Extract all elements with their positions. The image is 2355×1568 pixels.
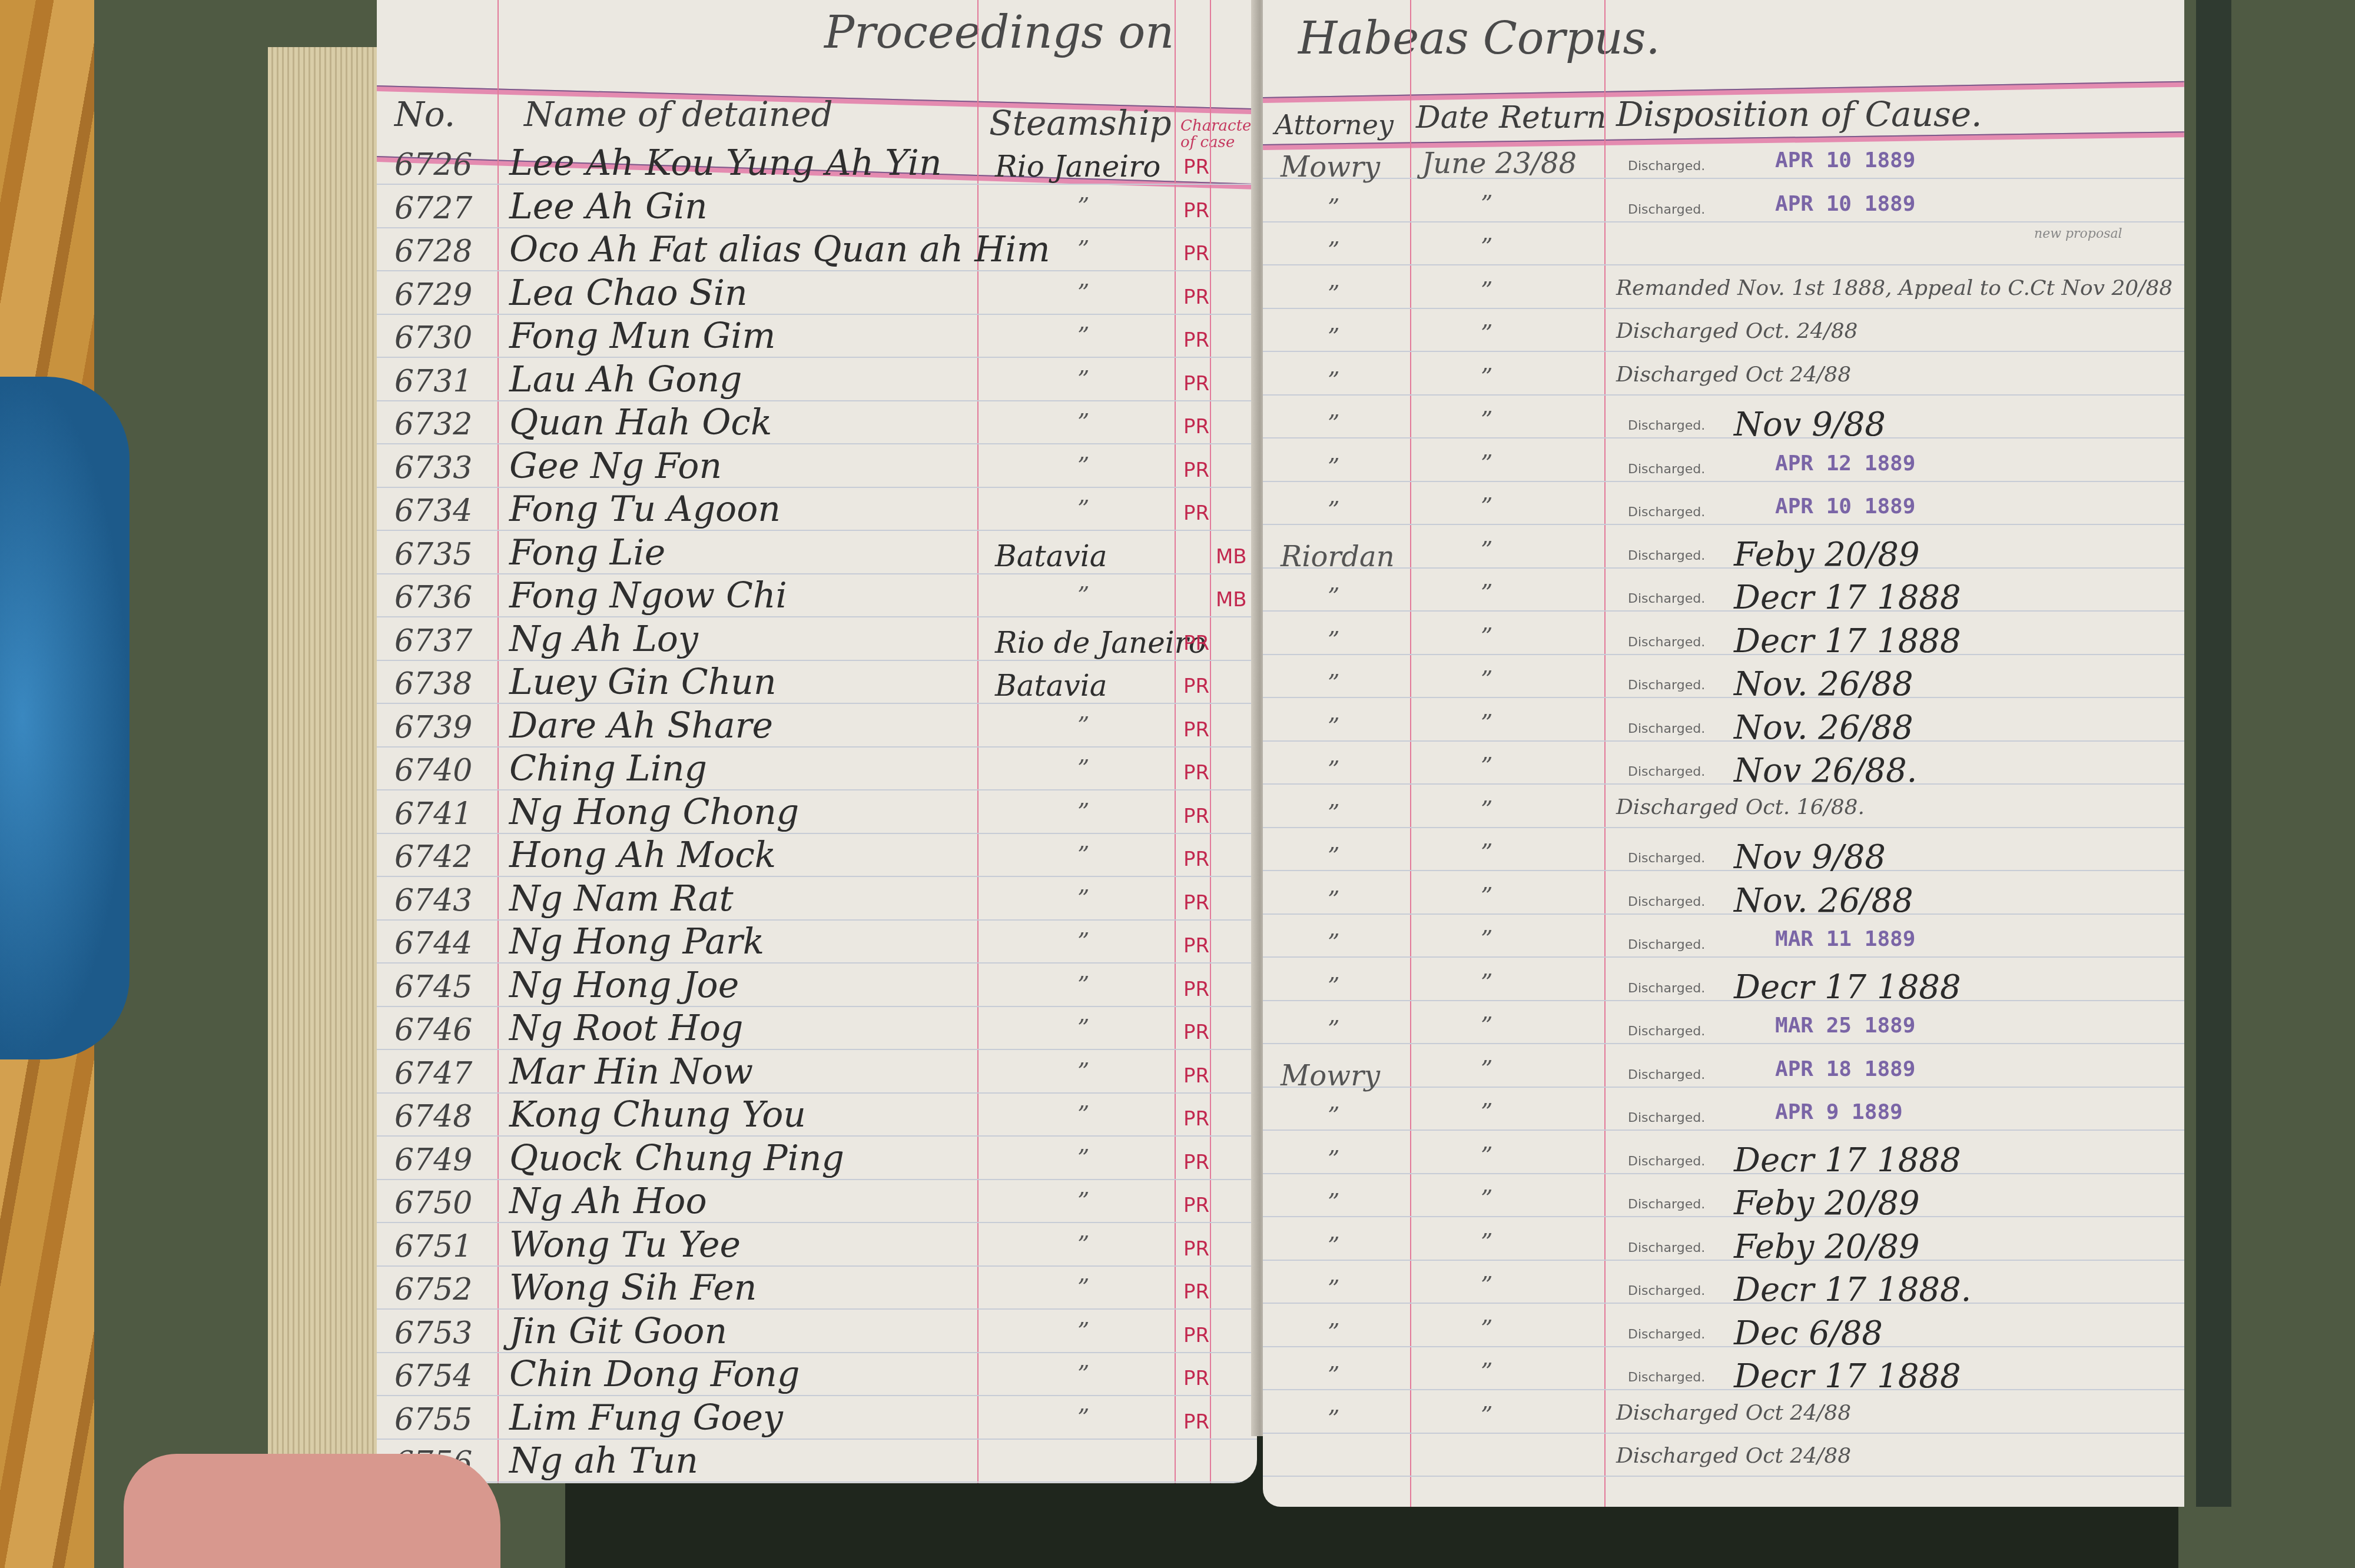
detainee-name: Gee Ng Fon (509, 446, 722, 487)
ruled-line (1263, 1216, 2184, 1217)
steamship: ” (1077, 323, 1089, 350)
ruled-line (1263, 351, 2184, 352)
disposition-handwritten: Discharged Oct. 16/88. (1616, 795, 1865, 819)
case-character-code: PR (1183, 761, 1209, 785)
discharged-stamp: Discharged. (1628, 159, 1705, 174)
attorney: ” (1328, 1146, 1339, 1173)
steamship: ” (1077, 1188, 1089, 1215)
attorney: ” (1328, 973, 1339, 1000)
case-character-code: PR (1183, 1151, 1209, 1174)
ruled-line (1263, 481, 2184, 482)
date-return: ” (1481, 1229, 1492, 1256)
ruled-line (1263, 740, 2184, 742)
case-character-code: PR (1183, 1021, 1209, 1044)
steamship: Batavia (995, 539, 1107, 573)
date-return: ” (1481, 753, 1492, 780)
date-return: June 23/88 (1422, 147, 1577, 180)
date-return: ” (1481, 1315, 1492, 1343)
ruled-line (1263, 1043, 2184, 1044)
steamship: ” (1077, 409, 1089, 436)
ledger-page-right: Habeas Corpus. Attorney Date Return Disp… (1263, 0, 2184, 1507)
attorney: ” (1328, 756, 1339, 783)
case-character-code: PR (1183, 1237, 1209, 1261)
case-character-code: PR (1183, 155, 1209, 179)
steamship: ” (1077, 1361, 1089, 1388)
entry-number: 6748 (394, 1099, 472, 1134)
discharged-stamp: Discharged. (1628, 1197, 1705, 1212)
discharged-stamp: Discharged. (1628, 462, 1705, 477)
entry-number: 6730 (394, 320, 472, 356)
ruled-line (377, 1179, 1257, 1180)
date-return: ” (1481, 320, 1492, 347)
entry-number: 6733 (394, 450, 472, 486)
case-character-code: PR (1183, 242, 1209, 265)
entry-number: 6735 (394, 537, 472, 572)
discharge-date-stamp: APR 10 1889 (1775, 494, 1915, 519)
date-return: ” (1481, 969, 1492, 996)
attorney: ” (1328, 929, 1339, 956)
detainee-name: Lee Ah Gin (509, 186, 708, 227)
case-character-code: PR (1183, 1367, 1209, 1390)
steamship: ” (1077, 1101, 1089, 1128)
steamship: ” (1077, 453, 1089, 480)
case-character-code: PR (1183, 1107, 1209, 1131)
detainee-name: Ng Ah Loy (509, 619, 698, 660)
entry-number: 6727 (394, 191, 472, 226)
ruled-line (1263, 1389, 2184, 1390)
discharged-stamp: Discharged. (1628, 1024, 1705, 1039)
discharged-stamp: Discharged. (1628, 1154, 1705, 1169)
case-character-code: PR (1183, 848, 1209, 871)
column-divider (1175, 0, 1176, 1483)
attorney: ” (1328, 281, 1339, 308)
discharged-stamp: Discharged. (1628, 635, 1705, 650)
date-return: ” (1481, 234, 1492, 261)
case-character-code: PR (1183, 372, 1209, 396)
discharge-date-stamp: MAR 25 1889 (1775, 1014, 1915, 1038)
column-divider (1604, 0, 1606, 1507)
date-return: ” (1481, 1358, 1492, 1386)
ruled-line (1263, 1303, 2184, 1304)
date-return: ” (1481, 1185, 1492, 1212)
discharged-stamp: Discharged. (1628, 418, 1705, 433)
ruled-line (377, 1439, 1257, 1440)
entry-number: 6747 (394, 1056, 472, 1091)
case-character-code: PR (1183, 1280, 1209, 1304)
detainee-name: Jin Git Goon (509, 1311, 727, 1352)
date-return: ” (1481, 666, 1492, 693)
case-character-code: PR (1183, 1410, 1209, 1434)
date-return: ” (1481, 191, 1492, 218)
steamship: ” (1077, 1145, 1089, 1172)
discharged-stamp: Discharged. (1628, 851, 1705, 866)
ruled-line (377, 530, 1257, 531)
steamship: ” (1077, 1318, 1089, 1345)
disposition-handwritten: Decr 17 1888 (1734, 622, 1961, 660)
date-return: ” (1481, 450, 1492, 477)
case-character-code: PR (1183, 632, 1209, 655)
ruled-line (1263, 697, 2184, 698)
hand-holding-page (124, 1454, 500, 1568)
ruled-line (1263, 913, 2184, 915)
entry-number: 6752 (394, 1272, 472, 1307)
detainee-name: Ng Nam Rat (509, 878, 734, 919)
ruled-line (377, 184, 1257, 185)
steamship: Batavia (995, 669, 1107, 703)
discharge-date-stamp: APR 9 1889 (1775, 1100, 1903, 1124)
ruled-line (1263, 654, 2184, 655)
column-header-attorney: Attorney (1275, 109, 1394, 141)
ruled-line (377, 1352, 1257, 1353)
attorney: ” (1328, 454, 1339, 481)
entry-number: 6745 (394, 969, 472, 1005)
attorney: ” (1328, 497, 1339, 524)
disposition-handwritten: Decr 17 1888 (1734, 579, 1961, 617)
attorney: ” (1328, 367, 1339, 394)
attorney: ” (1328, 800, 1339, 827)
steamship: ” (1077, 280, 1089, 307)
discharged-stamp: Discharged. (1628, 1111, 1705, 1125)
detainee-name: Luey Gin Chun (509, 662, 777, 703)
ruled-line (377, 1049, 1257, 1050)
detainee-name: Quock Chung Ping (509, 1138, 844, 1179)
entry-number: 6729 (394, 277, 472, 313)
date-return: ” (1481, 277, 1492, 304)
column-header-date-return: Date Return (1416, 100, 1607, 135)
discharged-stamp: Discharged. (1628, 1068, 1705, 1082)
disposition-handwritten: Feby 20/89 (1734, 1228, 1920, 1266)
column-header-name: Name of detained (524, 94, 833, 134)
entry-number: 6753 (394, 1315, 472, 1351)
discharged-stamp: Discharged. (1628, 981, 1705, 996)
case-character-code: MB (1216, 545, 1247, 569)
steamship: ” (1077, 366, 1089, 393)
ruled-line (377, 833, 1257, 834)
attorney: ” (1328, 843, 1339, 870)
date-return: ” (1481, 1012, 1492, 1039)
ruled-line (377, 1135, 1257, 1137)
entry-number: 6754 (394, 1358, 472, 1394)
entry-number: 6738 (394, 666, 472, 702)
ruled-line (1263, 870, 2184, 871)
case-character-code: PR (1183, 934, 1209, 958)
disposition-handwritten: Discharged Oct 24/88 (1616, 1401, 1851, 1425)
attorney: ” (1328, 194, 1339, 221)
ruled-line (377, 1222, 1257, 1223)
detainee-name: Oco Ah Fat alias Quan ah Him (509, 229, 1050, 270)
ledger-title-right: Habeas Corpus. (1298, 12, 1660, 64)
case-character-code: PR (1183, 1194, 1209, 1217)
discharged-stamp: Discharged. (1628, 1370, 1705, 1385)
ruled-line (377, 962, 1257, 964)
entry-number: 6750 (394, 1185, 472, 1221)
entry-number: 6741 (394, 796, 472, 832)
date-return: ” (1481, 493, 1492, 520)
date-return: ” (1481, 364, 1492, 391)
entry-number: 6744 (394, 926, 472, 961)
date-return: ” (1481, 1142, 1492, 1170)
detainee-name: Lim Fung Goey (509, 1397, 783, 1439)
ruled-line (377, 746, 1257, 748)
disposition-handwritten: Dec 6/88 (1734, 1314, 1883, 1353)
ruled-line (1263, 956, 2184, 958)
steamship: Rio Janeiro (995, 150, 1160, 184)
attorney: ” (1328, 1189, 1339, 1216)
ruled-line (1263, 1000, 2184, 1001)
discharged-stamp: Discharged. (1628, 678, 1705, 693)
attorney: ” (1328, 1233, 1339, 1260)
discharged-stamp: Discharged. (1628, 592, 1705, 606)
attorney: ” (1328, 1406, 1339, 1433)
ruled-line (377, 1395, 1257, 1396)
disposition-handwritten: Discharged Oct 24/88 (1616, 363, 1851, 387)
detainee-name: Ng Ah Hoo (509, 1181, 707, 1222)
attorney: ” (1328, 324, 1339, 351)
ruled-line (377, 789, 1257, 790)
disposition-handwritten: Decr 17 1888 (1734, 968, 1961, 1006)
entry-number: 6746 (394, 1012, 472, 1048)
ruled-line (377, 443, 1257, 444)
date-return: ” (1481, 1056, 1492, 1083)
ruled-line (377, 314, 1257, 315)
disposition-handwritten: Discharged Oct. 24/88 (1616, 319, 1858, 343)
ruled-line (377, 573, 1257, 574)
detainee-name: Lee Ah Kou Yung Ah Yin (509, 142, 942, 184)
steamship: ” (1077, 1058, 1089, 1085)
ruled-line (377, 270, 1257, 271)
detainee-name: Ng Hong Joe (509, 965, 739, 1006)
disposition-handwritten: Nov. 26/88 (1734, 709, 1913, 747)
ruled-line (377, 703, 1257, 704)
entry-number: 6731 (394, 364, 472, 399)
discharged-stamp: Discharged. (1628, 938, 1705, 952)
detainee-name: Ng Hong Chong (509, 792, 799, 833)
disposition-handwritten: Nov 9/88 (1734, 406, 1886, 444)
steamship: ” (1077, 1231, 1089, 1258)
date-return: ” (1481, 580, 1492, 607)
steamship: ” (1077, 928, 1089, 955)
date-return: ” (1481, 407, 1492, 434)
entry-number: 6737 (394, 623, 472, 659)
entry-number: 6734 (394, 493, 472, 529)
ruled-line (377, 1308, 1257, 1310)
column-divider (1410, 0, 1411, 1507)
ruled-line (377, 1006, 1257, 1007)
detainee-name: Chin Dong Fong (509, 1354, 800, 1395)
ruled-line (377, 919, 1257, 921)
date-return: ” (1481, 1099, 1492, 1126)
entry-number: 6728 (394, 234, 472, 269)
discharge-date-stamp: APR 18 1889 (1775, 1057, 1915, 1081)
ruled-line (1263, 567, 2184, 569)
date-return: ” (1481, 839, 1492, 866)
entry-number: 6749 (394, 1142, 472, 1178)
case-character-code: PR (1183, 328, 1209, 352)
detainee-name: Wong Sih Fen (509, 1267, 757, 1308)
ruled-line (1263, 221, 2184, 222)
detainee-name: Quan Hah Ock (509, 402, 772, 443)
detainee-name: Dare Ah Share (509, 705, 773, 746)
attorney: Mowry (1281, 1059, 1380, 1092)
entry-number: 6736 (394, 580, 472, 615)
ruled-line (1263, 1476, 2184, 1477)
attorney: ” (1328, 1102, 1339, 1130)
case-character-code: PR (1183, 718, 1209, 742)
case-character-code: PR (1183, 285, 1209, 309)
disposition-handwritten: Remanded Nov. 1st 1888, Appeal to C.Ct N… (1616, 276, 2172, 300)
marginal-note: new proposal (2034, 227, 2122, 241)
ruled-line (377, 616, 1257, 617)
blue-object (0, 377, 130, 1059)
disposition-handwritten: Decr 17 1888 (1734, 1141, 1961, 1180)
detainee-name: Fong Lie (509, 532, 665, 573)
detainee-name: Kong Chung You (509, 1094, 806, 1135)
ruled-line (377, 487, 1257, 488)
column-divider (1210, 0, 1211, 1483)
ruled-line (1263, 783, 2184, 785)
case-character-code: PR (1183, 199, 1209, 222)
case-character-code: PR (1183, 978, 1209, 1001)
steamship: ” (1077, 799, 1089, 826)
case-character-code: PR (1183, 805, 1209, 828)
case-character-code: PR (1183, 891, 1209, 915)
ruled-line (1263, 1260, 2184, 1261)
column-divider (497, 0, 499, 1483)
steamship: ” (1077, 236, 1089, 263)
ruled-line (377, 400, 1257, 401)
discharged-stamp: Discharged. (1628, 895, 1705, 909)
disposition-handwritten: Feby 20/89 (1734, 1184, 1920, 1222)
discharged-stamp: Discharged. (1628, 722, 1705, 736)
discharged-stamp: Discharged. (1628, 1327, 1705, 1342)
detainee-name: Ng Root Hog (509, 1008, 743, 1049)
disposition-handwritten: Nov 26/88. (1734, 752, 1917, 790)
steamship: ” (1077, 885, 1089, 912)
date-return: ” (1481, 537, 1492, 564)
attorney: ” (1328, 713, 1339, 740)
detainee-name: Ng Hong Park (509, 921, 764, 962)
attorney: ” (1328, 583, 1339, 610)
column-header-steamship: Steamship (989, 103, 1172, 143)
steamship: ” (1077, 1274, 1089, 1301)
detainee-name: Lea Chao Sin (509, 273, 748, 314)
discharged-stamp: Discharged. (1628, 202, 1705, 217)
steamship: ” (1077, 1404, 1089, 1431)
case-character-code: PR (1183, 1324, 1209, 1347)
discharged-stamp: Discharged. (1628, 505, 1705, 520)
steamship: ” (1077, 496, 1089, 523)
ruled-line (377, 1265, 1257, 1267)
date-return: ” (1481, 883, 1492, 910)
attorney: ” (1328, 1362, 1339, 1389)
steamship: ” (1077, 582, 1089, 609)
ruled-line (377, 357, 1257, 358)
ruled-line (1263, 1173, 2184, 1174)
steamship: ” (1077, 1015, 1089, 1042)
steamship: ” (1077, 972, 1089, 999)
discharged-stamp: Discharged. (1628, 1284, 1705, 1298)
attorney: ” (1328, 237, 1339, 264)
detainee-name: Ng ah Tun (509, 1440, 698, 1481)
attorney: Riordan (1281, 540, 1395, 573)
date-return: ” (1481, 796, 1492, 823)
discharged-stamp: Discharged. (1628, 765, 1705, 779)
detainee-name: Lau Ah Gong (509, 359, 742, 400)
discharge-date-stamp: MAR 11 1889 (1775, 927, 1915, 951)
ruled-line (1263, 437, 2184, 438)
case-character-code: PR (1183, 501, 1209, 525)
date-return: ” (1481, 1272, 1492, 1299)
discharged-stamp: Discharged. (1628, 549, 1705, 563)
entry-number: 6751 (394, 1229, 472, 1264)
discharged-stamp: Discharged. (1628, 1241, 1705, 1255)
ruled-line (377, 660, 1257, 661)
attorney: ” (1328, 410, 1339, 437)
entry-number: 6726 (394, 147, 472, 182)
ruled-line (1263, 524, 2184, 525)
case-character-code: PR (1183, 459, 1209, 482)
date-return: ” (1481, 926, 1492, 953)
ruled-line (1263, 308, 2184, 309)
detainee-name: Mar Hin Now (509, 1051, 753, 1092)
ruled-line (1263, 178, 2184, 179)
detainee-name: Hong Ah Mock (509, 835, 776, 876)
attorney: ” (1328, 1016, 1339, 1043)
entry-number: 6755 (394, 1402, 472, 1437)
steamship: ” (1077, 712, 1089, 739)
ruled-line (377, 1481, 1257, 1483)
date-return: ” (1481, 623, 1492, 650)
steamship: Rio de Janeiro (995, 626, 1206, 660)
attorney: ” (1328, 1275, 1339, 1303)
steamship: ” (1077, 842, 1089, 869)
ruled-line (1263, 610, 2184, 612)
discharge-date-stamp: APR 10 1889 (1775, 148, 1915, 172)
attorney: ” (1328, 1319, 1339, 1346)
column-header-number: No. (394, 94, 455, 134)
ruled-line (1263, 1087, 2184, 1088)
ledger-page-left: Proceedings on No. Name of detained Stea… (377, 0, 1257, 1483)
ruled-line (377, 876, 1257, 877)
ruled-line (1263, 394, 2184, 396)
steamship: ” (1077, 755, 1089, 782)
discharge-date-stamp: APR 10 1889 (1775, 192, 1915, 216)
ruled-line (377, 227, 1257, 228)
discharge-date-stamp: APR 12 1889 (1775, 451, 1915, 476)
ruled-line (1263, 827, 2184, 828)
entry-number: 6739 (394, 710, 472, 745)
ruled-line (1263, 1346, 2184, 1347)
entry-number: 6740 (394, 753, 472, 788)
ruled-line (1263, 1130, 2184, 1131)
ruled-line (1263, 264, 2184, 265)
disposition-handwritten: Feby 20/89 (1734, 536, 1920, 574)
attorney: ” (1328, 670, 1339, 697)
page-edges (268, 47, 392, 1471)
date-return: ” (1481, 1402, 1492, 1429)
case-character-code: PR (1183, 415, 1209, 438)
disposition-handwritten: Discharged Oct 24/88 (1616, 1444, 1851, 1468)
attorney: ” (1328, 886, 1339, 913)
entry-number: 6732 (394, 407, 472, 442)
attorney: Mowry (1281, 151, 1380, 184)
ledger-title-left: Proceedings on (824, 6, 1174, 58)
disposition-handwritten: Decr 17 1888 (1734, 1357, 1961, 1396)
detainee-name: Fong Ngow Chi (509, 575, 787, 616)
column-header-character: Character of case (1180, 118, 1245, 151)
disposition-handwritten: Nov. 26/88 (1734, 665, 1913, 703)
detainee-name: Wong Tu Yee (509, 1224, 741, 1265)
